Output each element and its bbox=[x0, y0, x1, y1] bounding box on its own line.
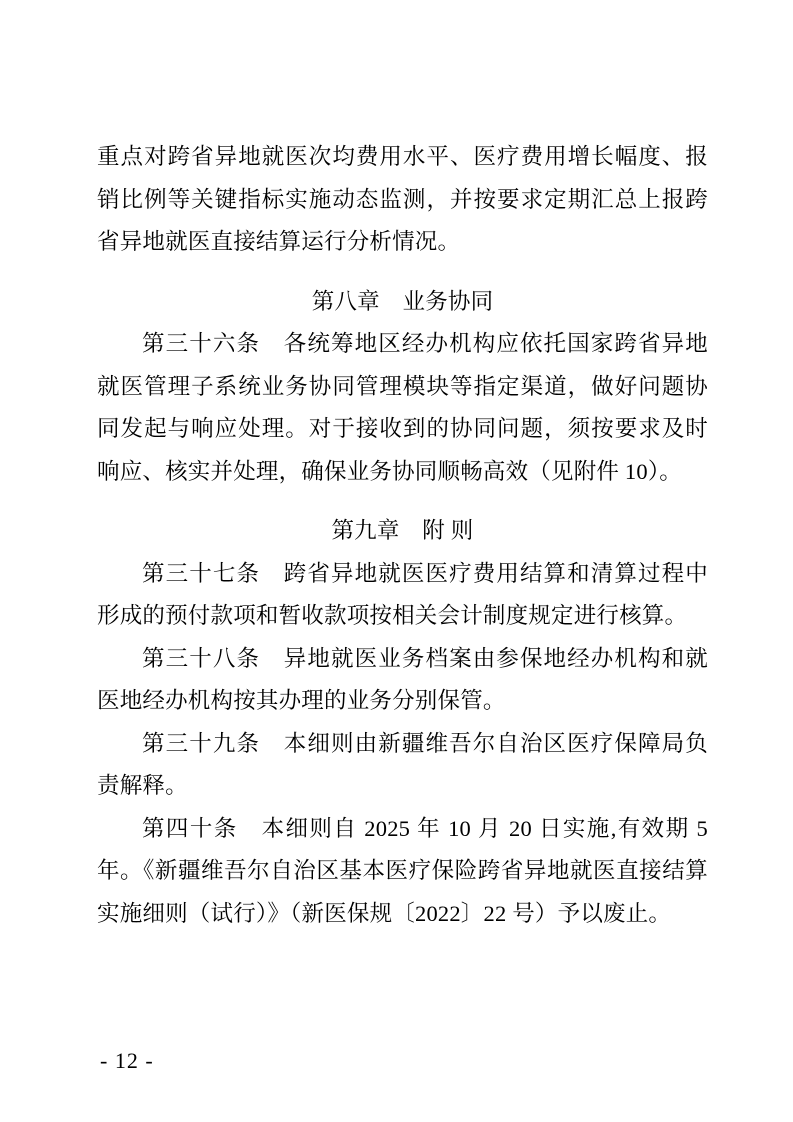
document-page: 重点对跨省异地就医次均费用水平、医疗费用增长幅度、报销比例等关键指标实施动态监测… bbox=[0, 0, 793, 1122]
article-39-paragraph: 第三十九条 本细则由新疆维吾尔自治区医疗保障局负责解释。 bbox=[97, 723, 708, 808]
document-body: 重点对跨省异地就医次均费用水平、医疗费用增长幅度、报销比例等关键指标实施动态监测… bbox=[97, 136, 708, 935]
page-footer: - 12 - bbox=[100, 1046, 154, 1076]
continuation-paragraph: 重点对跨省异地就医次均费用水平、医疗费用增长幅度、报销比例等关键指标实施动态监测… bbox=[97, 136, 708, 264]
article-37-paragraph: 第三十七条 跨省异地就医医疗费用结算和清算过程中形成的预付款项和暂收款项按相关会… bbox=[97, 553, 708, 638]
article-40-paragraph: 第四十条 本细则自 2025 年 10 月 20 日实施,有效期 5 年。《新疆… bbox=[97, 808, 708, 936]
article-38-paragraph: 第三十八条 异地就医业务档案由参保地经办机构和就医地经办机构按其办理的业务分别保… bbox=[97, 638, 708, 723]
page-number: - 12 - bbox=[100, 1048, 154, 1073]
chapter-9-heading: 第九章 附 则 bbox=[97, 510, 708, 553]
article-36-paragraph: 第三十六条 各统筹地区经办机构应依托国家跨省异地就医管理子系统业务协同管理模块等… bbox=[97, 323, 708, 493]
chapter-8-heading: 第八章 业务协同 bbox=[97, 281, 708, 324]
